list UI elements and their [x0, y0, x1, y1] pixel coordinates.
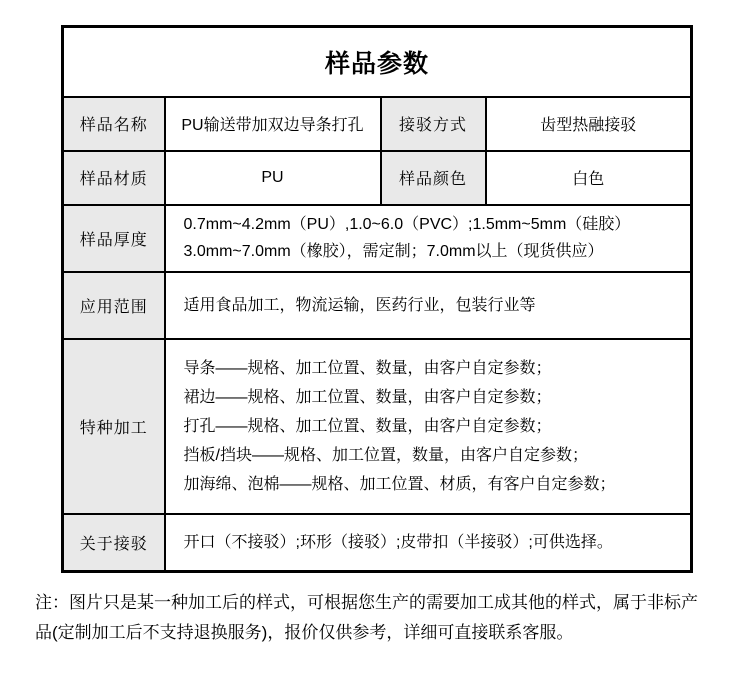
footer-note: 注：图片只是某一种加工后的样式，可根据您生产的需要加工成其他的样式，属于非标产品…	[35, 588, 707, 648]
table-row: 样品参数	[63, 27, 692, 97]
page: 样品参数 样品名称 PU输送带加双边导条打孔 接驳方式 齿型热融接驳 样品材质 …	[0, 0, 750, 679]
cell-application-scope-value: 适用食品加工，物流运输，医药行业，包装行业等	[165, 272, 692, 339]
row-label-special-processing: 特种加工	[63, 339, 165, 514]
table-row: 样品材质 PU 样品颜色 白色	[63, 151, 692, 205]
table-row: 应用范围 适用食品加工，物流运输，医药行业，包装行业等	[63, 272, 692, 339]
cell-about-joint-value: 开口（不接驳）;环形（接驳）;皮带扣（半接驳）;可供选择。	[165, 514, 692, 572]
row-label-about-joint: 关于接驳	[63, 514, 165, 572]
row-label-sample-thickness: 样品厚度	[63, 205, 165, 272]
table-row: 关于接驳 开口（不接驳）;环形（接驳）;皮带扣（半接驳）;可供选择。	[63, 514, 692, 572]
cell-sample-material-value: PU	[165, 151, 381, 205]
table-row: 特种加工 导条——规格、加工位置、数量，由客户自定参数； 裙边——规格、加工位置…	[63, 339, 692, 514]
sample-parameters-table: 样品参数 样品名称 PU输送带加双边导条打孔 接驳方式 齿型热融接驳 样品材质 …	[61, 25, 693, 573]
row-label-sample-material: 样品材质	[63, 151, 165, 205]
row-label-application-scope: 应用范围	[63, 272, 165, 339]
cell-sample-name-value: PU输送带加双边导条打孔	[165, 97, 381, 151]
row-label-sample-name: 样品名称	[63, 97, 165, 151]
cell-special-processing-value: 导条——规格、加工位置、数量，由客户自定参数； 裙边——规格、加工位置、数量，由…	[165, 339, 692, 514]
cell-joint-method-value: 齿型热融接驳	[486, 97, 692, 151]
table-row: 样品厚度 0.7mm~4.2mm（PU）,1.0~6.0（PVC）;1.5mm~…	[63, 205, 692, 272]
row-label-joint-method: 接驳方式	[381, 97, 486, 151]
table-row: 样品名称 PU输送带加双边导条打孔 接驳方式 齿型热融接驳	[63, 97, 692, 151]
cell-sample-thickness-value: 0.7mm~4.2mm（PU）,1.0~6.0（PVC）;1.5mm~5mm（硅…	[165, 205, 692, 272]
row-label-sample-color: 样品颜色	[381, 151, 486, 205]
cell-sample-color-value: 白色	[486, 151, 692, 205]
table-title: 样品参数	[63, 27, 692, 97]
